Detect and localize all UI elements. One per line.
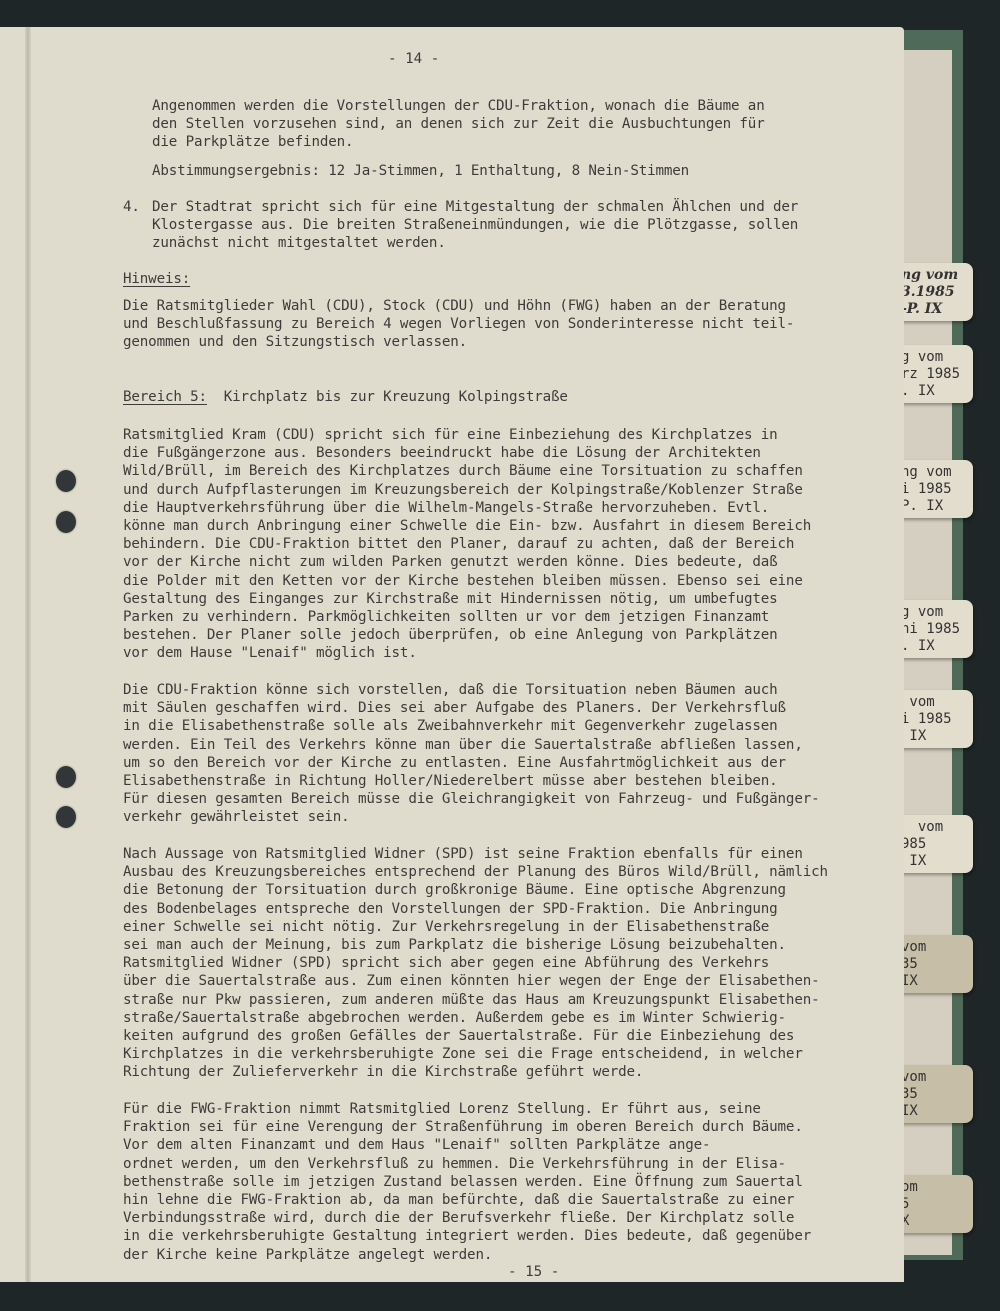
document-page: - 14 - Angenommen werden die Vorstellung…: [0, 27, 904, 1282]
text-line: den Stellen vorzusehen sind, an denen si…: [152, 115, 765, 133]
page-fold: [25, 27, 31, 1282]
text-line: straße/Sauertalstraße abgebrochen werden…: [123, 1009, 828, 1027]
text-line: die Parkplätze befinden.: [152, 133, 765, 151]
section-title: Kirchplatz bis zur Kreuzung Kolpingstraß…: [224, 389, 568, 405]
register-tab: vom 985 IX: [895, 815, 973, 873]
text-line: und Beschlußfassung zu Bereich 4 wegen V…: [123, 315, 794, 333]
text-line: die Hauptverkehrsführung über die Wilhel…: [123, 499, 811, 517]
text-line: Klostergasse aus. Die breiten Straßenein…: [152, 216, 798, 234]
text-line: vor dem Hause "Lenaif" möglich ist.: [123, 644, 811, 662]
text-line: Ausbau des Kreuzungsbereiches entspreche…: [123, 863, 828, 881]
paragraph-accepted: Angenommen werden die Vorstellungen der …: [152, 97, 765, 152]
register-tab: vom 35 IX: [895, 935, 973, 993]
register-tab: vom i 1985 IX: [895, 690, 973, 748]
text-line: die Betonung der Torsituation durch groß…: [123, 881, 828, 899]
punch-hole: [56, 806, 76, 828]
page-number-bottom: - 15 -: [508, 1264, 559, 1280]
register-tab: vom 35 IX: [895, 1065, 973, 1123]
text-line: genommen und den Sitzungstisch verlassen…: [123, 333, 794, 351]
text-line: Die CDU-Fraktion könne sich vorstellen, …: [123, 681, 820, 699]
item-number: 4.: [123, 198, 140, 216]
text-line: die Fußgängerzone aus. Besonders beeindr…: [123, 444, 811, 462]
item-4-text: Der Stadtrat spricht sich für eine Mitge…: [152, 198, 798, 253]
text-line: behindern. Die CDU-Fraktion bittet den P…: [123, 535, 811, 553]
punch-hole: [56, 766, 76, 788]
text-line: Fraktion sei für eine Verengung der Stra…: [123, 1118, 811, 1136]
text-line: sei man auch der Meinung, bis zum Parkpl…: [123, 936, 828, 954]
text-line: Der Stadtrat spricht sich für eine Mitge…: [152, 198, 798, 216]
text-line: Die Ratsmitglieder Wahl (CDU), Stock (CD…: [123, 297, 794, 315]
text-line: und durch Aufpflasterungen im Kreuzungsb…: [123, 481, 811, 499]
text-line: Kirchplatzes in die verkehrsberuhigte Zo…: [123, 1045, 828, 1063]
hinweis-text: Die Ratsmitglieder Wahl (CDU), Stock (CD…: [123, 297, 794, 352]
text-line: verkehr gewährleistet sein.: [123, 808, 820, 826]
register-tab: om 5 X: [895, 1175, 973, 1233]
text-line: werden. Ein Teil des Verkehrs könne man …: [123, 736, 820, 754]
text-line: Für die FWG-Fraktion nimmt Ratsmitglied …: [123, 1100, 811, 1118]
text-line: straße nur Pkw passieren, zum anderen mü…: [123, 991, 828, 1009]
text-line: Angenommen werden die Vorstellungen der …: [152, 97, 765, 115]
text-line: Für diesen gesamten Bereich müsse die Gl…: [123, 790, 820, 808]
text-line: Vor dem alten Finanzamt und dem Haus "Le…: [123, 1136, 811, 1154]
punch-hole: [56, 470, 76, 492]
text-line: Nach Aussage von Ratsmitglied Widner (SP…: [123, 845, 828, 863]
register-tab: g vom ni 1985 . IX: [895, 600, 973, 658]
paragraph-cdu: Die CDU-Fraktion könne sich vorstellen, …: [123, 681, 820, 827]
paragraph-spd: Nach Aussage von Ratsmitglied Widner (SP…: [123, 845, 828, 1082]
punch-hole: [56, 511, 76, 533]
register-tab: g vom rz 1985 . IX: [895, 345, 973, 403]
text-line: Richtung der Zulieferverkehr in die Kirc…: [123, 1063, 828, 1081]
text-line: der Kirche keine Parkplätze angelegt wer…: [123, 1246, 811, 1264]
text-line: Gestaltung des Einganges zur Kirchstraße…: [123, 590, 811, 608]
text-line: ordnet werden, um den Verkehrsfluß zu he…: [123, 1155, 811, 1173]
text-line: könne man durch Anbringung einer Schwell…: [123, 517, 811, 535]
text-line: Parken zu verhindern. Parkmöglichkeiten …: [123, 608, 811, 626]
text-line: Ratsmitglied Widner (SPD) spricht sich a…: [123, 954, 828, 972]
section-label: Bereich 5:: [123, 389, 207, 405]
text-line: über die Sauertalstraße aus. Zum einen k…: [123, 972, 828, 990]
text-line: zunächst nicht mitgestaltet werden.: [152, 234, 798, 252]
paragraph-fwg: Für die FWG-Fraktion nimmt Ratsmitglied …: [123, 1100, 811, 1264]
text-line: einer Schwelle sei nicht nötig. Zur Verk…: [123, 918, 828, 936]
text-line: keiten aufgrund des großen Gefälles der …: [123, 1027, 828, 1045]
paragraph-kram: Ratsmitglied Kram (CDU) spricht sich für…: [123, 426, 811, 663]
text-line: Verbindungsstraße wird, durch die der Be…: [123, 1209, 811, 1227]
text-line: mit Säulen geschaffen wird. Dies sei abe…: [123, 699, 820, 717]
page-number-top: - 14 -: [388, 51, 439, 67]
text-line: hin lehne die FWG-Fraktion ab, da man be…: [123, 1191, 811, 1209]
text-line: die Polder mit den Ketten vor der Kirche…: [123, 572, 811, 590]
text-line: vor der Kirche nicht zum wilden Parken g…: [123, 553, 811, 571]
section-heading: Bereich 5: Kirchplatz bis zur Kreuzung K…: [123, 388, 568, 406]
text-line: Ratsmitglied Kram (CDU) spricht sich für…: [123, 426, 811, 444]
text-line: um so den Bereich vor der Kirche zu entl…: [123, 754, 820, 772]
text-line: Elisabethenstraße in Richtung Holler/Nie…: [123, 772, 820, 790]
text-line: Wild/Brüll, im Bereich des Kirchplatzes …: [123, 462, 811, 480]
text-line: in die Elisabethenstraße solle als Zweib…: [123, 717, 820, 735]
hinweis-heading: Hinweis:: [123, 270, 190, 288]
text-line: bestehen. Der Planer solle jedoch überpr…: [123, 626, 811, 644]
vote-result: Abstimmungsergebnis: 12 Ja-Stimmen, 1 En…: [152, 162, 689, 180]
register-tab: ng vom 3.1985 -P. IX: [895, 263, 973, 321]
register-tab: ng vom i 1985 P. IX: [895, 460, 973, 518]
text-line: in die verkehrsberuhigte Gestaltung inte…: [123, 1227, 811, 1245]
text-line: bethenstraße solle im jetzigen Zustand b…: [123, 1173, 811, 1191]
text-line: des Bodenbelages entspreche den Vorstell…: [123, 900, 828, 918]
